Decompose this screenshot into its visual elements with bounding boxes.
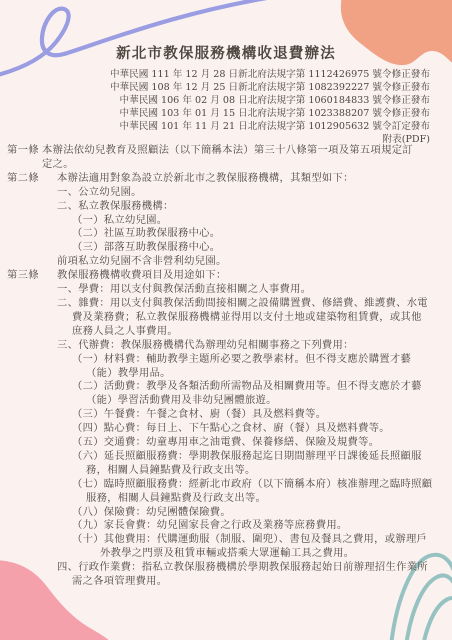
article-line: （三）午餐費：午餐之食材、廚（餐）具及燃料費等。	[0, 408, 452, 422]
article-line: 三、代辦費：教保服務機構代為辦理幼兒相關事務之下列費用：	[0, 339, 452, 353]
document-content: 新北市教保服務機構收退費辦法 中華民國 111 年 12 月 28 日新北府法規…	[0, 0, 452, 640]
promulgation-list: 中華民國 111 年 12 月 28 日新北府法規字第 1112426975 號…	[110, 68, 430, 133]
document-page: 新北市教保服務機構收退費辦法 中華民國 111 年 12 月 28 日新北府法規…	[0, 0, 452, 640]
article-line: （三）部落互助教保服務中心。	[0, 241, 452, 255]
article-line: 庶務人員之人事費用。	[0, 325, 452, 339]
promulgation-line: 中華民國 103 年 01 月 15 日北府法規字第 1023388207 號令…	[110, 107, 430, 120]
article-line: （能）教學用品。	[0, 367, 452, 381]
promulgation-line: 中華民國 106 年 02 月 08 日北府法規字第 1060184833 號令…	[110, 94, 430, 107]
article: 第二條本辦法適用對象為設立於新北市之教保服務機構，其類型如下：一、公立幼兒園。二…	[0, 172, 452, 269]
article-line: （二）社區互助教保服務中心。	[0, 227, 452, 241]
article-line: 一、公立幼兒園。	[0, 186, 452, 200]
article-line: 本辦法依幼兒教育及照顧法（以下簡稱本法）第三十八條第一項及第五項規定訂	[0, 144, 452, 158]
article-line: （六）延長照顧服務費：學期教保服務起迄日期間辦理平日課後延長照顧服	[0, 450, 452, 464]
promulgation-block: 中華民國 111 年 12 月 28 日新北府法規字第 1112426975 號…	[110, 68, 430, 146]
article-line: （八）保險費：幼兒團體保險費。	[0, 506, 452, 520]
promulgation-line: 中華民國 108 年 12 月 25 日新北府法規字第 1082392227 號…	[110, 81, 430, 94]
article-line: 一、學費：用以支付與教保活動直接相關之人事費用。	[0, 283, 452, 297]
article-line: 定之。	[0, 158, 452, 172]
article-line: （一）材料費：輔助教學主題所必要之教學素材。但不得支應於購置才藝	[0, 353, 452, 367]
article-line: 四、行政作業費：指私立教保服務機構於學期教保服務起始日前辦理招生作業所	[0, 561, 452, 575]
article-line: （一）私立幼兒園。	[0, 214, 452, 228]
article-line: 務，相關人員鐘點費及行政支出等。	[0, 464, 452, 478]
article-label: 第二條	[7, 172, 39, 186]
article-line: 外教學之門票及租賃車輛或搭乘大眾運輸工具之費用。	[0, 547, 452, 561]
article-line: 本辦法適用對象為設立於新北市之教保服務機構，其類型如下：	[0, 172, 452, 186]
article: 第三條教保服務機構收費項目及用途如下：一、學費：用以支付與教保活動直接相關之人事…	[0, 269, 452, 589]
article-line: （能）學習活動費用及非幼兒團體旅遊。	[0, 394, 452, 408]
article-line: （七）臨時照顧服務費：經新北市政府（以下簡稱本府）核准辦理之臨時照顧	[0, 478, 452, 492]
articles: 第一條本辦法依幼兒教育及照顧法（以下簡稱本法）第三十八條第一項及第五項規定訂定之…	[0, 144, 452, 589]
promulgation-line: 中華民國 101 年 11 月 21 日北府法規字第 1012905632 號令…	[110, 120, 430, 133]
page-title: 新北市教保服務機構收退費辦法	[0, 42, 452, 63]
article-line: 服務，相關人員鐘點費及行政支出等。	[0, 492, 452, 506]
article-line: 費及業務費；私立教保服務機構並得用以支付土地或建築物租賃費，或其他	[0, 311, 452, 325]
article-line: 教保服務機構收費項目及用途如下：	[0, 269, 452, 283]
article-line: 二、雜費：用以支付與教保活動間接相關之設備購置費、修繕費、維護費、水電	[0, 297, 452, 311]
article-label: 第三條	[7, 269, 39, 283]
article-line: （十）其他費用：代購運動服（制服、圍兜）、書包及餐具之費用，或辦理戶	[0, 533, 452, 547]
article-line: （二）活動費：教學及各類活動所需物品及相關費用等。但不得支應於才藝	[0, 380, 452, 394]
article-line: （五）交通費：幼童專用車之油電費、保養修繕、保險及規費等。	[0, 436, 452, 450]
article-label: 第一條	[7, 144, 39, 158]
article-line: （四）點心費：每日上、下午點心之食材、廚（餐）具及燃料費等。	[0, 422, 452, 436]
promulgation-line: 中華民國 111 年 12 月 28 日新北府法規字第 1112426975 號…	[110, 68, 430, 81]
article-line: 需之各項管理費用。	[0, 575, 452, 589]
article-line: 二、私立教保服務機構：	[0, 200, 452, 214]
article-line: 前項私立幼兒園不含非營利幼兒園。	[0, 255, 452, 269]
article: 第一條本辦法依幼兒教育及照顧法（以下簡稱本法）第三十八條第一項及第五項規定訂定之…	[0, 144, 452, 172]
article-line: （九）家長會費：幼兒園家長會之行政及業務等庶務費用。	[0, 519, 452, 533]
